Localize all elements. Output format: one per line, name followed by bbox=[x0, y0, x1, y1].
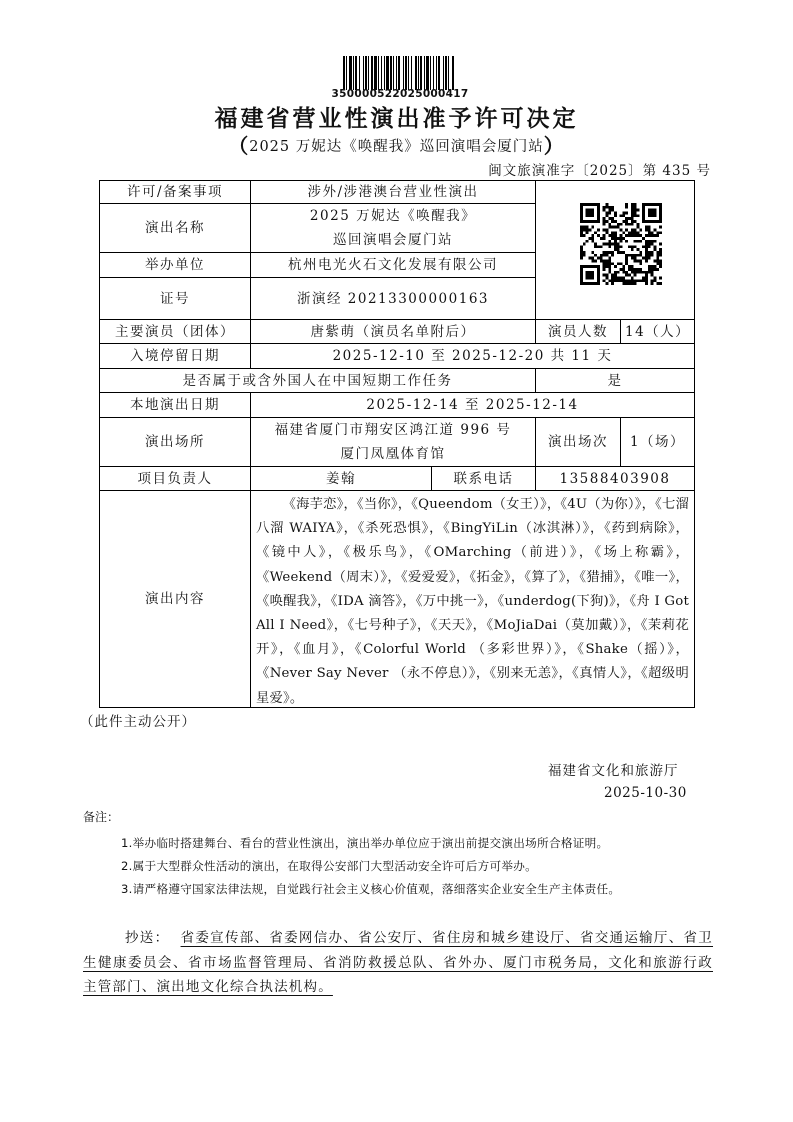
venue-value: 福建省厦门市翔安区鸿江道 996 号 厦门凤凰体育馆 bbox=[251, 418, 535, 466]
local-dates-label: 本地演出日期 bbox=[100, 393, 250, 417]
notes-label: 备注： bbox=[83, 808, 119, 825]
note-item: 1.举办临时搭建舞台、看台的营业性演出，演出举办单位应于演出前提交演出场所合格证… bbox=[121, 835, 608, 851]
show-name-value: 2025 万妮达《唤醒我》 巡回演唱会厦门站 bbox=[251, 204, 535, 252]
qr-code-icon bbox=[580, 203, 662, 285]
show-name-label: 演出名称 bbox=[100, 204, 250, 252]
content-label: 演出内容 bbox=[100, 491, 250, 707]
performers-label: 主要演员（团体） bbox=[100, 320, 250, 343]
sessions-value: 1（场） bbox=[621, 418, 694, 466]
cc-label: 抄送： bbox=[83, 930, 169, 946]
table-border bbox=[99, 707, 695, 708]
issuer-name: 福建省文化和旅游厅 bbox=[548, 759, 679, 779]
foreign-work-label: 是否属于或含外国人在中国短期工作任务 bbox=[100, 369, 535, 392]
performer-count-label: 演员人数 bbox=[536, 320, 620, 343]
subtitle-close-paren: ） bbox=[544, 134, 565, 158]
note-item: 3.请严格遵守国家法律法规，自觉践行社会主义核心价值观，落细落实企业安全生产主体… bbox=[121, 881, 620, 897]
foreign-work-value: 是 bbox=[536, 369, 694, 392]
license-label: 证号 bbox=[100, 278, 250, 319]
permit-type-label: 许可/备案事项 bbox=[100, 181, 250, 203]
stay-period-value: 2025-12-10 至 2025-12-20 共 11 天 bbox=[251, 344, 694, 368]
show-name-line1: 2025 万妮达《唤醒我》 bbox=[310, 204, 476, 228]
table-border bbox=[694, 180, 695, 708]
content-value: 《海芋恋》，《当你》，《Queendom（女王）》，《4U（为你）》，《七溜八溜… bbox=[252, 491, 693, 706]
barcode-number: 350000522025000417 bbox=[295, 88, 505, 100]
col-divider bbox=[535, 180, 536, 343]
organizer-label: 举办单位 bbox=[100, 253, 250, 277]
cc-section: 抄送： 省委宣传部、省委网信办、省公安厅、省住房和城乡建设厅、省交通运输厅、省卫… bbox=[83, 926, 713, 1000]
public-note: （此件主动公开） bbox=[80, 710, 196, 730]
note-item: 2.属于大型群众性活动的演出，在取得公安部门大型活动安全许可后方可举办。 bbox=[121, 858, 537, 874]
venue-line1: 福建省厦门市翔安区鸿江道 996 号 bbox=[275, 418, 512, 442]
organizer-value: 杭州电光火石文化发展有限公司 bbox=[251, 253, 535, 277]
local-dates-value: 2025-12-14 至 2025-12-14 bbox=[251, 393, 694, 417]
document-subtitle: （2025 万妮达《唤醒我》巡回演唱会厦门站） bbox=[0, 130, 793, 159]
manager-value: 姜翰 bbox=[251, 467, 431, 490]
sessions-label: 演出场次 bbox=[536, 418, 620, 466]
issue-date: 2025-10-30 bbox=[604, 785, 687, 801]
barcode-icon bbox=[305, 56, 493, 90]
document-title: 福建省营业性演出准予许可决定 bbox=[0, 100, 793, 133]
venue-line2: 厦门凤凰体育馆 bbox=[341, 442, 446, 466]
permit-type-value: 涉外/涉港澳台营业性演出 bbox=[251, 181, 535, 203]
subtitle-text: 2025 万妮达《唤醒我》巡回演唱会厦门站 bbox=[249, 139, 544, 155]
performers-value: 唐紫萌（演员名单附后） bbox=[251, 320, 535, 343]
subtitle-open-paren: （ bbox=[228, 134, 249, 158]
show-name-line2: 巡回演唱会厦门站 bbox=[333, 228, 453, 252]
document-number: 闽文旅演准字〔2025〕第 435 号 bbox=[488, 159, 711, 179]
cc-recipients: 省委宣传部、省委网信办、省公安厅、省住房和城乡建设厅、省交通运输厅、省卫生健康委… bbox=[83, 930, 713, 995]
manager-label: 项目负责人 bbox=[100, 467, 250, 490]
phone-value: 13588403908 bbox=[536, 467, 694, 490]
license-value: 浙演经 20213300000163 bbox=[251, 278, 535, 319]
performer-count-value: 14（人） bbox=[621, 320, 694, 343]
phone-label: 联系电话 bbox=[432, 467, 535, 490]
venue-label: 演出场所 bbox=[100, 418, 250, 466]
stay-period-label: 入境停留日期 bbox=[100, 344, 250, 368]
